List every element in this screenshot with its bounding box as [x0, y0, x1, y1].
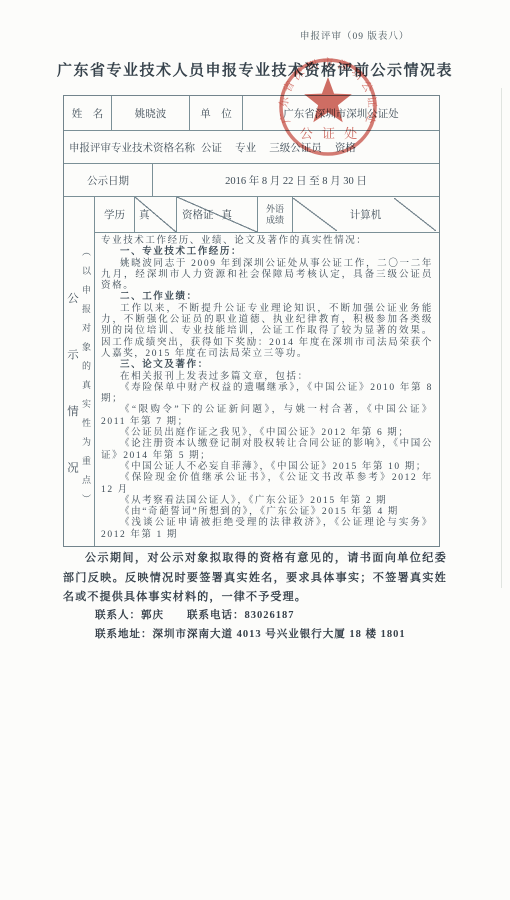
publication-item: 《“限购令”下的公证新问题》，与姚一村合著，《中国公证》2011 年第 7 期； [101, 405, 433, 428]
publication-item: 《保险现金价值继承公证书》，《公证文书改革参考》2012 年 12 月 [101, 473, 433, 496]
publicity-form-table: 姓 名 姚晓波 单 位 广东省深圳市深圳公证处 申报评审专业技术资格名称 公证 … [63, 95, 440, 547]
side-header-main: 公示情况 [64, 292, 80, 518]
certificate-cell: 资格证 真 [177, 197, 258, 232]
unit-label: 单 位 [190, 96, 243, 130]
section2-body: 工作以来，不断提升公证专业理论知识，不断加强公证业务能力，不断强化公证员的职业道… [101, 304, 433, 360]
language-label-line1: 外语 [266, 204, 284, 215]
computer-cell: 计算机 [293, 197, 439, 232]
publication-item: 《中国公证人不必妄自菲薄》，《中国公证》2015 年第 10 期； [101, 462, 433, 473]
qualification-label: 申报评审专业技术资格名称 [69, 140, 195, 155]
publication-item: 《论注册资本认缴登记制对股权转让合同公证的影响》，《中国公证》2014 年第 5… [101, 439, 433, 462]
form-code: 申报评审（09 版表八） [300, 28, 409, 42]
side-header-note: （以申报对象的真实性为重点） [80, 247, 93, 513]
table-row-identity: 姓 名 姚晓波 单 位 广东省深圳市深圳公证处 [64, 96, 439, 130]
table-row-main: 公示情况 （以申报对象的真实性为重点） 学历 真 资格证 真 外语 成绩 [64, 196, 439, 546]
scan-edge-artifact [501, 88, 502, 588]
section1-title: 一、专业技术工作经历： [101, 247, 433, 258]
education-value: 真 [135, 197, 177, 232]
language-slash-mark [293, 198, 337, 231]
certificate-value: 真 [222, 207, 233, 222]
statement-intro: 专业技术工作经历、业绩、论文及著作的真实性情况： [101, 236, 433, 247]
publication-item: 《寿险保单中财产权益的遗嘱继承》，《中国公证》2010 年第 8 期； [101, 383, 433, 406]
scanned-form-page: 申报评审（09 版表八） 广东省专业技术人员申报专业技术资格评前公示情况表 姓 … [0, 0, 510, 900]
page-title: 广东省专业技术人员申报专业技术资格评前公示情况表 [0, 59, 510, 80]
name-value: 姚晓波 [112, 96, 190, 130]
main-content-column: 学历 真 资格证 真 外语 成绩 计算机 [95, 197, 439, 546]
certificate-label: 资格证 [182, 207, 214, 222]
star-icon [304, 77, 352, 122]
verification-row: 学历 真 资格证 真 外语 成绩 计算机 [95, 197, 439, 233]
objection-notice: 公示期间，对公示对象拟取得的资格有意见的，请书面向单位纪委部门反映。反映情况时要… [63, 549, 447, 608]
computer-slash-mark [394, 198, 436, 231]
section3-intro: 在相关报刊上发表过多篇文章，包括： [101, 372, 433, 383]
contact-person-line: 联系人：郭庆 联系电话：83026187 [95, 607, 295, 622]
truthfulness-statement: 专业技术工作经历、业绩、论文及著作的真实性情况： 一、专业技术工作经历： 姚晓波… [95, 233, 439, 546]
section2-title: 二、工作业绩： [101, 292, 433, 303]
seal-center-text: 公 证 处 [300, 126, 361, 141]
section1-body: 姚晓波同志于 2009 年到深圳公证处从事公证工作，二〇一二年九月，经深圳市人力… [101, 259, 433, 293]
publication-item: 《从考察看法国公证人》，《广东公证》2015 年第 2 期 [101, 496, 433, 507]
table-row-qualification: 申报评审专业技术资格名称 公证 专业 三级公证员 资格 [64, 130, 439, 163]
section3-title: 三、论文及著作： [101, 360, 433, 371]
publication-item: 《浅谈公证申请被拒绝受理的法律救济》，《公证理论与实务》2012 年第 1 期 [101, 518, 433, 541]
name-label: 姓 名 [64, 96, 112, 130]
notary-seal: 广东省深圳市深圳公证处 公 证 处 [276, 54, 380, 160]
education-label: 学历 [95, 197, 135, 232]
publication-item: 《由“奇葩誓词”所想到的》，《广东公证》2015 年第 4 期 [101, 507, 433, 518]
table-row-date: 公示日期 2016 年 8 月 22 日 至 8 月 30 日 [64, 163, 439, 196]
language-label-line2: 成绩 [266, 215, 284, 226]
contact-address-line: 联系地址：深圳市深南大道 4013 号兴业银行大厦 18 楼 1801 [95, 626, 406, 641]
publication-item: 《公证员出庭作证之我见》，《中国公证》2012 年第 6 期； [101, 428, 433, 439]
side-header-column: 公示情况 （以申报对象的真实性为重点） [64, 197, 95, 546]
publicity-date-label: 公示日期 [64, 164, 153, 196]
computer-label: 计算机 [337, 197, 394, 232]
language-score-label: 外语 成绩 [258, 197, 293, 232]
publicity-date-value: 2016 年 8 月 22 日 至 8 月 30 日 [153, 164, 439, 196]
